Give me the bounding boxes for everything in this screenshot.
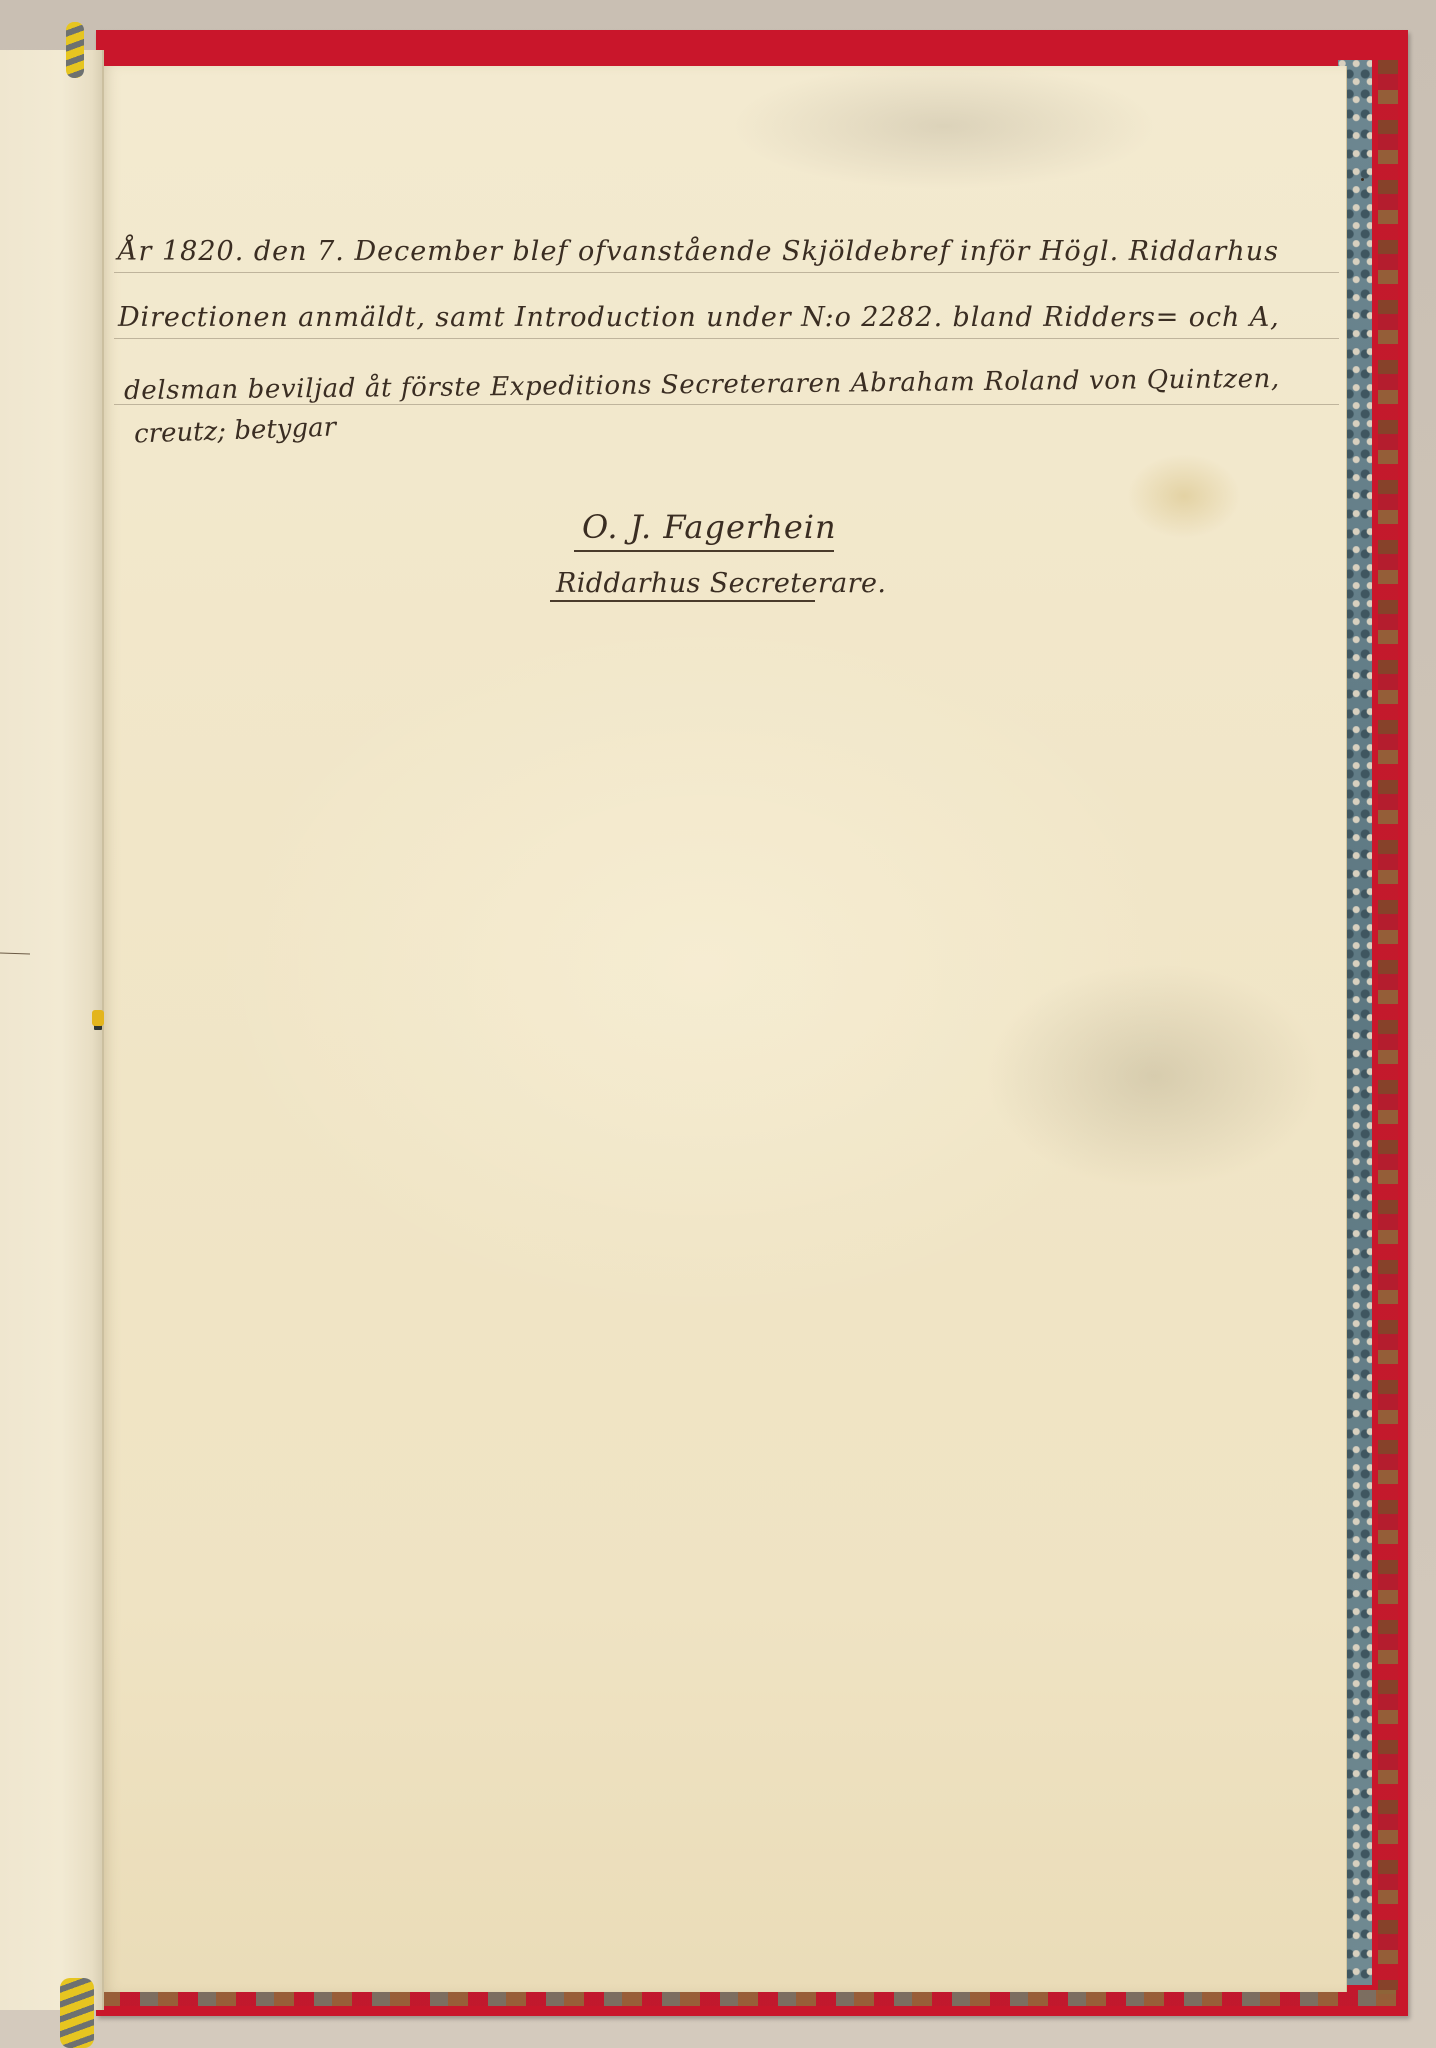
signature-name: O. J. Fagerhein: [582, 508, 837, 546]
text-line-4: creutz; betygar: [134, 412, 337, 449]
headband-cord-top: [66, 22, 84, 78]
signature-title: Riddarhus Secreterare.: [556, 568, 886, 599]
text-line-3: delsman beviljad åt förste Expeditions S…: [124, 364, 1280, 406]
headband-cord-bottom: [60, 1978, 94, 2048]
left-flyleaf-page: [0, 50, 104, 2010]
ruled-line: [114, 338, 1339, 339]
signature-underline: [574, 550, 834, 552]
cover-bottom-band: [100, 1990, 1400, 2006]
text-line-1: År 1820. den 7. December blef ofvanståen…: [118, 236, 1279, 267]
binding-stitch: [92, 1010, 104, 1026]
cover-ornament-border: [1378, 60, 1398, 2000]
ruled-line: [114, 272, 1339, 273]
ink-mark: [0, 952, 30, 954]
signature-title-underline: [550, 600, 815, 602]
ink-speck: [1361, 178, 1364, 181]
manuscript-page: År 1820. den 7. December blef ofvanståen…: [104, 66, 1347, 1992]
text-line-2: Directionen anmäldt, samt Introduction u…: [118, 302, 1280, 333]
